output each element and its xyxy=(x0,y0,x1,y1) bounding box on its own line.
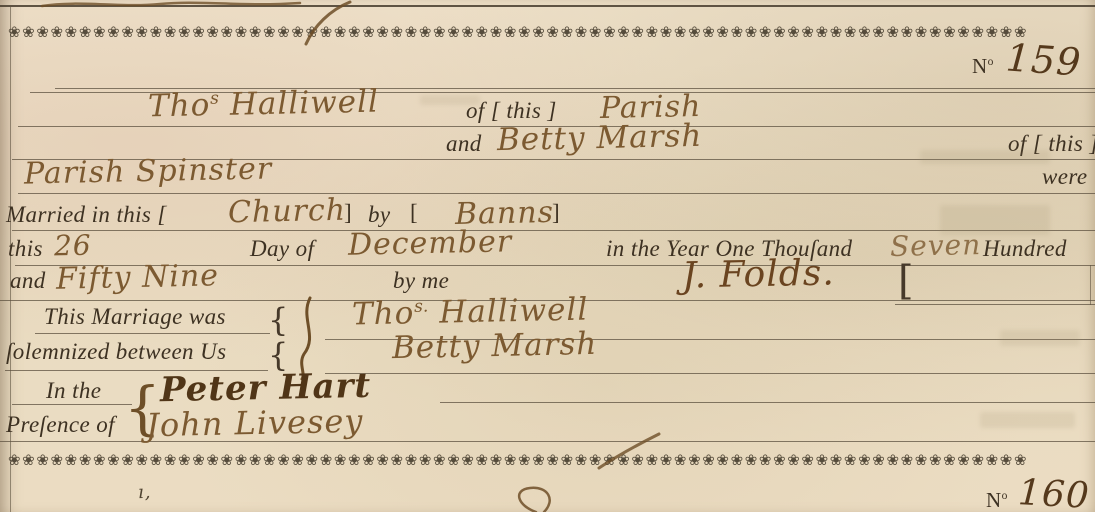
hundred-label: Hundred xyxy=(983,236,1067,262)
month-value: December xyxy=(348,224,513,262)
entry-number-label: No xyxy=(972,54,993,79)
year-tens-value: Fifty Nine xyxy=(56,258,220,296)
solemnized-label: ſolemnized between Us xyxy=(6,339,226,365)
next-entry-number-label: No xyxy=(986,488,1007,512)
groom-name: Thos Halliwell xyxy=(148,84,380,125)
were-label: were xyxy=(1042,164,1087,190)
bracket-open-box: [ xyxy=(898,258,914,304)
bride-name: Betty Marsh xyxy=(497,118,703,158)
and-label-2: and xyxy=(10,268,46,294)
bleed-through-mark xyxy=(420,95,480,105)
bracket-box-edge xyxy=(1090,265,1091,305)
bracket-close: ] xyxy=(344,200,352,226)
brace-glyph: { xyxy=(268,301,288,339)
ink-descender-bottom xyxy=(595,432,665,472)
bride-signature: Betty Marsh xyxy=(392,326,598,366)
day-value: 26 xyxy=(54,229,92,263)
bleed-through-mark xyxy=(940,205,1050,235)
marriage-register-page: ❀❀❀❀❀❀❀❀❀❀❀❀❀❀❀❀❀❀❀❀❀❀❀❀❀❀❀❀❀❀❀❀❀❀❀❀❀❀❀❀… xyxy=(0,0,1095,512)
next-entry-number-value: 160 xyxy=(1017,472,1091,512)
marriage-was-label: This Marriage was xyxy=(44,304,226,330)
bracket-close-2: ] xyxy=(552,200,560,226)
ink-descender-top xyxy=(300,0,360,48)
ink-loop-bottom xyxy=(500,486,570,512)
married-in-this-label: Married in this [ xyxy=(6,202,167,228)
ruled-line xyxy=(12,404,132,405)
rosette-border-bottom: ❀❀❀❀❀❀❀❀❀❀❀❀❀❀❀❀❀❀❀❀❀❀❀❀❀❀❀❀❀❀❀❀❀❀❀❀❀❀❀❀… xyxy=(8,448,1092,472)
and-label: and xyxy=(446,131,482,157)
stray-mark: ı, xyxy=(138,482,152,503)
by-label: by xyxy=(368,202,391,228)
bleed-through-mark xyxy=(980,412,1075,428)
bracket-open: [ xyxy=(410,200,418,226)
bleed-through-mark xyxy=(920,150,1050,164)
day-of-label: Day of xyxy=(250,236,314,262)
in-the-label: In the xyxy=(46,378,101,404)
ink-flourish-top xyxy=(40,0,340,10)
ruled-line xyxy=(325,373,1095,374)
minister-signature: J. Folds. xyxy=(682,252,836,296)
this-label: this xyxy=(8,236,43,262)
presence-of-label: Preſence of xyxy=(6,412,115,438)
married-place: Church xyxy=(228,193,347,230)
rosette-border-top: ❀❀❀❀❀❀❀❀❀❀❀❀❀❀❀❀❀❀❀❀❀❀❀❀❀❀❀❀❀❀❀❀❀❀❀❀❀❀❀❀… xyxy=(8,20,1092,44)
ruled-line xyxy=(35,333,270,334)
by-me-label: by me xyxy=(393,268,449,294)
ruled-line xyxy=(18,193,1095,194)
bride-parish-status: Parish Spinster xyxy=(24,151,273,191)
witness-2-signature: John Livesey xyxy=(146,402,364,445)
ruled-line xyxy=(895,304,1095,305)
ruled-line xyxy=(440,402,1095,403)
entry-number-value: 159 xyxy=(1005,35,1083,84)
bleed-through-mark xyxy=(1000,330,1080,346)
